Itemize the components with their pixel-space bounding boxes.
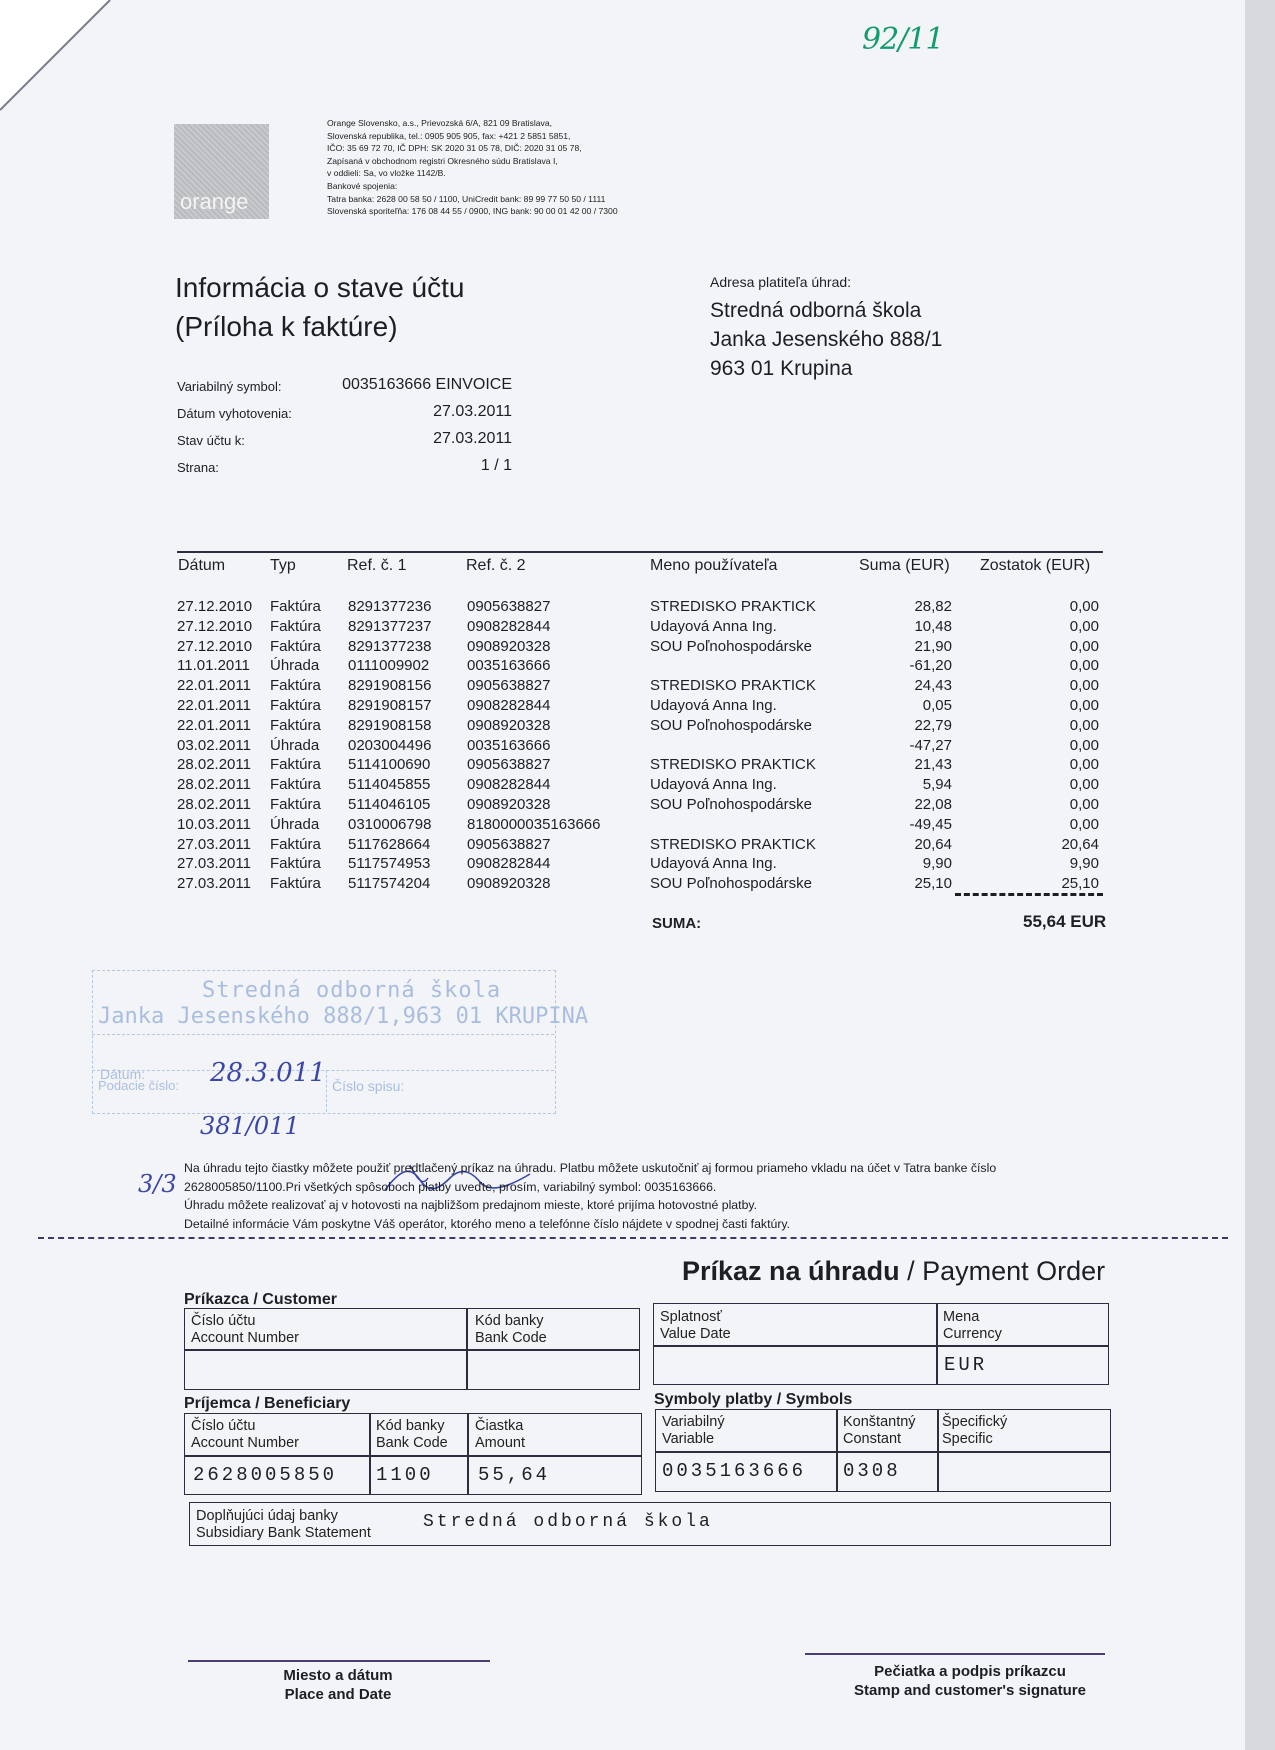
cell-sum: 22,79 bbox=[914, 717, 952, 734]
total-label: SUMA: bbox=[652, 915, 701, 932]
cell-balance: 0,00 bbox=[1070, 657, 1099, 674]
cell-date: 22.01.2011 bbox=[177, 677, 251, 694]
cell-sum: 22,08 bbox=[914, 796, 952, 813]
cell-type: Faktúra bbox=[270, 776, 321, 793]
cell-ref1: 5114046105 bbox=[348, 796, 430, 813]
cell-type: Faktúra bbox=[270, 598, 321, 615]
total-separator bbox=[955, 893, 1103, 896]
cell-type: Faktúra bbox=[270, 697, 321, 714]
col-header-balance: Zostatok (EUR) bbox=[980, 557, 1090, 575]
beneficiary-account-label: Číslo účtuAccount Number bbox=[191, 1418, 299, 1452]
cell-sum: 5,94 bbox=[923, 776, 952, 793]
col-header-name: Meno používateľa bbox=[650, 557, 777, 575]
cell-ref1: 5114100690 bbox=[348, 756, 430, 773]
signature-line bbox=[805, 1653, 1105, 1655]
cell-ref1: 8291908156 bbox=[348, 677, 431, 694]
cell-balance: 0,00 bbox=[1070, 598, 1099, 615]
handwritten-reference: 92/11 bbox=[862, 22, 943, 57]
address-line: 963 01 Krupina bbox=[710, 354, 942, 383]
amount-field[interactable]: 55,64 bbox=[478, 1464, 550, 1486]
subsidiary-statement-box: Doplňujúci údaj bankySubsidiary Bank Sta… bbox=[189, 1502, 1111, 1546]
cell-type: Faktúra bbox=[270, 677, 321, 694]
cell-ref2: 0905638827 bbox=[467, 598, 550, 615]
cell-name: Udayová Anna Ing. bbox=[650, 618, 777, 635]
stamp-school-name: Stredná odborná škola bbox=[202, 978, 501, 1003]
table-row: 28.02.2011Faktúra51140461050908920328SOU… bbox=[177, 796, 1117, 816]
table-row: 10.03.2011Úhrada031000679881800000351636… bbox=[177, 816, 1117, 836]
cell-ref1: 5114045855 bbox=[348, 776, 430, 793]
field-value: 27.03.2011 bbox=[433, 430, 512, 448]
cell-ref2: 0908282844 bbox=[467, 618, 550, 635]
handwritten-reg-number: 381/011 bbox=[200, 1112, 300, 1140]
cell-ref2: 0908920328 bbox=[467, 796, 550, 813]
cell-sum: -47,27 bbox=[909, 737, 952, 754]
company-line: Slovenská republika, tel.: 0905 905 905,… bbox=[327, 130, 637, 143]
notice-line: 2628005850/1100.Pri všetkých spôsoboch p… bbox=[184, 1178, 996, 1197]
cell-type: Úhrada bbox=[270, 737, 319, 754]
symbols-section-label: Symboly platby / Symbols bbox=[654, 1391, 852, 1409]
cell-date: 03.02.2011 bbox=[177, 737, 251, 754]
cell-name: STREDISKO PRAKTICK bbox=[650, 836, 816, 853]
company-line: Bankové spojenia: bbox=[327, 180, 637, 193]
cut-line bbox=[38, 1237, 1228, 1239]
cell-ref2: 0905638827 bbox=[467, 836, 550, 853]
symbols-box: VariabilnýVariable KonštantnýConstant Šp… bbox=[655, 1409, 1111, 1492]
divider bbox=[836, 1410, 838, 1491]
payer-address: Stredná odborná škola Janka Jesenského 8… bbox=[710, 296, 942, 383]
handwritten-date: 28.3.011 bbox=[210, 1058, 326, 1088]
value-date-label: SplatnosťValue Date bbox=[660, 1309, 731, 1343]
cell-date: 27.12.2010 bbox=[177, 638, 252, 655]
col-header-ref1: Ref. č. 1 bbox=[347, 557, 407, 575]
notice-line: Na úhradu tejto čiastky môžete použiť pr… bbox=[184, 1159, 996, 1178]
stamp-divider bbox=[92, 1034, 554, 1035]
title-rest: / Payment Order bbox=[900, 1256, 1106, 1286]
cell-ref2: 0908282844 bbox=[467, 776, 550, 793]
table-row: 27.12.2010Faktúra82913772360905638827STR… bbox=[177, 598, 1117, 618]
cell-ref1: 0111009902 bbox=[348, 657, 429, 674]
divider bbox=[369, 1414, 371, 1494]
cell-sum: 21,43 bbox=[914, 756, 952, 773]
cell-sum: 0,05 bbox=[923, 697, 952, 714]
cell-type: Faktúra bbox=[270, 756, 321, 773]
cell-ref1: 0203004496 bbox=[348, 737, 431, 754]
cell-name: SOU Poľnohospodárske bbox=[650, 638, 812, 655]
table-row: 28.02.2011Faktúra51140458550908282844Uda… bbox=[177, 776, 1117, 796]
cell-name: Udayová Anna Ing. bbox=[650, 697, 777, 714]
notice-line: Úhradu môžete realizovať aj v hotovosti … bbox=[184, 1196, 996, 1215]
cell-sum: 24,43 bbox=[914, 677, 952, 694]
company-line: v oddieli: Sa, vo vložke 1142/B. bbox=[327, 167, 637, 180]
cell-balance: 0,00 bbox=[1070, 697, 1099, 714]
cell-ref2: 0035163666 bbox=[467, 657, 550, 674]
cell-name: Udayová Anna Ing. bbox=[650, 776, 777, 793]
cell-date: 27.03.2011 bbox=[177, 875, 251, 892]
field-label: Dátum vyhotovenia: bbox=[177, 406, 292, 421]
payment-notice: Na úhradu tejto čiastky môžete použiť pr… bbox=[184, 1159, 996, 1233]
cell-balance: 0,00 bbox=[1070, 756, 1099, 773]
title-line-1: Informácia o stave účtu bbox=[175, 268, 464, 307]
variable-symbol-label: VariabilnýVariable bbox=[662, 1414, 725, 1448]
table-row: 27.12.2010Faktúra82913772370908282844Uda… bbox=[177, 618, 1117, 638]
customer-section-label: Príkazca / Customer bbox=[184, 1291, 337, 1309]
notice-line: Detailné informácie Vám poskytne Váš ope… bbox=[184, 1215, 996, 1234]
divider bbox=[185, 1349, 639, 1351]
divider bbox=[185, 1455, 641, 1457]
document-title: Informácia o stave účtu (Príloha k faktú… bbox=[175, 268, 464, 346]
company-info: Orange Slovensko, a.s., Prievozská 6/A, … bbox=[327, 117, 637, 218]
subsidiary-field[interactable]: Stredná odborná škola bbox=[423, 1512, 713, 1532]
subsidiary-label: Doplňujúci údaj bankySubsidiary Bank Sta… bbox=[196, 1508, 371, 1542]
stamp-file-label: Číslo spisu: bbox=[332, 1078, 404, 1094]
customer-account-label: Číslo účtuAccount Number bbox=[191, 1313, 299, 1347]
place-date-line bbox=[188, 1660, 490, 1662]
cell-ref1: 8291377238 bbox=[348, 638, 431, 655]
constant-symbol-field[interactable]: 0308 bbox=[843, 1460, 901, 1482]
stamp-divider bbox=[326, 1070, 327, 1112]
table-row: 27.12.2010Faktúra82913772380908920328SOU… bbox=[177, 638, 1117, 658]
cell-balance: 0,00 bbox=[1070, 796, 1099, 813]
cell-ref2: 8180000035163666 bbox=[467, 816, 600, 833]
company-line: Slovenská sporiteľňa: 176 08 44 55 / 090… bbox=[327, 205, 637, 218]
table-row: 22.01.2011Faktúra82919081560905638827STR… bbox=[177, 677, 1117, 697]
cell-type: Úhrada bbox=[270, 816, 319, 833]
orange-logo: orange bbox=[174, 124, 269, 219]
cell-ref1: 8291377237 bbox=[348, 618, 431, 635]
cell-date: 28.02.2011 bbox=[177, 796, 251, 813]
cell-ref1: 8291908157 bbox=[348, 697, 431, 714]
registry-stamp: Stredná odborná škola Janka Jesenského 8… bbox=[92, 970, 556, 1114]
cell-ref1: 5117628664 bbox=[348, 836, 430, 853]
cell-ref1: 0310006798 bbox=[348, 816, 431, 833]
table-row: 27.03.2011Faktúra51175742040908920328SOU… bbox=[177, 875, 1117, 895]
value-date-box: SplatnosťValue Date MenaCurrency EUR bbox=[653, 1303, 1109, 1385]
cell-type: Faktúra bbox=[270, 618, 321, 635]
cell-balance: 0,00 bbox=[1070, 717, 1099, 734]
beneficiary-bank-label: Kód bankyBank Code bbox=[376, 1418, 448, 1452]
cell-ref2: 0035163666 bbox=[467, 737, 550, 754]
cell-ref1: 8291377236 bbox=[348, 598, 431, 615]
amount-label: ČiastkaAmount bbox=[475, 1418, 525, 1452]
cell-name: SOU Poľnohospodárske bbox=[650, 717, 812, 734]
cell-balance: 0,00 bbox=[1070, 737, 1099, 754]
place-date-label: Miesto a dátumPlace and Date bbox=[238, 1666, 438, 1704]
cell-date: 22.01.2011 bbox=[177, 697, 251, 714]
company-line: Orange Slovensko, a.s., Prievozská 6/A, … bbox=[327, 117, 637, 130]
variable-symbol-field[interactable]: 0035163666 bbox=[662, 1460, 806, 1482]
cell-date: 27.12.2010 bbox=[177, 618, 252, 635]
cell-type: Úhrada bbox=[270, 657, 319, 674]
cell-ref2: 0908920328 bbox=[467, 875, 550, 892]
address-line: Stredná odborná škola bbox=[710, 296, 942, 325]
cell-type: Faktúra bbox=[270, 638, 321, 655]
cell-date: 28.02.2011 bbox=[177, 776, 251, 793]
specific-symbol-label: ŠpecifickýSpecific bbox=[942, 1414, 1007, 1448]
cell-date: 27.03.2011 bbox=[177, 836, 251, 853]
cell-date: 11.01.2011 bbox=[177, 657, 250, 674]
beneficiary-bank-field[interactable]: 1100 bbox=[376, 1464, 434, 1486]
cell-balance: 0,00 bbox=[1070, 618, 1099, 635]
cell-date: 27.12.2010 bbox=[177, 598, 252, 615]
cell-sum: 21,90 bbox=[914, 638, 952, 655]
cell-name: SOU Poľnohospodárske bbox=[650, 875, 812, 892]
cell-name: STREDISKO PRAKTICK bbox=[650, 756, 816, 773]
address-line: Janka Jesenského 888/1 bbox=[710, 325, 942, 354]
cell-ref2: 0905638827 bbox=[467, 756, 550, 773]
signature-label: Pečiatka a podpis príkazcuStamp and cust… bbox=[820, 1662, 1120, 1700]
logo-text: orange bbox=[180, 189, 249, 215]
divider bbox=[936, 1304, 938, 1384]
cell-ref2: 0908282844 bbox=[467, 855, 550, 872]
company-line: IČO: 35 69 72 70, IČ DPH: SK 2020 31 05 … bbox=[327, 142, 637, 155]
cell-ref1: 8291908158 bbox=[348, 717, 431, 734]
cell-balance: 9,90 bbox=[1070, 855, 1099, 872]
divider bbox=[937, 1410, 939, 1491]
field-value: 0035163666 EINVOICE bbox=[342, 376, 512, 394]
payment-order-title: Príkaz na úhradu / Payment Order bbox=[682, 1256, 1105, 1287]
total-value: 55,64 EUR bbox=[1023, 912, 1106, 932]
cell-balance: 0,00 bbox=[1070, 638, 1099, 655]
cell-type: Faktúra bbox=[270, 717, 321, 734]
payer-address-label: Adresa platiteľa úhrad: bbox=[710, 274, 851, 290]
cell-sum: 10,48 bbox=[914, 618, 952, 635]
table-row: 03.02.2011Úhrada02030044960035163666-47,… bbox=[177, 737, 1117, 757]
title-bold: Príkaz na úhradu bbox=[682, 1256, 900, 1286]
cell-sum: 20,64 bbox=[914, 836, 952, 853]
col-header-sum: Suma (EUR) bbox=[859, 557, 950, 575]
field-label: Variabilný symbol: bbox=[177, 379, 282, 394]
handwritten-pages: 3/3 bbox=[138, 1170, 177, 1198]
cell-balance: 20,64 bbox=[1061, 836, 1099, 853]
stamp-school-address: Janka Jesenského 888/1,963 01 KRUPINA bbox=[98, 1004, 588, 1029]
beneficiary-section-label: Príjemca / Beneficiary bbox=[184, 1395, 350, 1413]
cell-type: Faktúra bbox=[270, 875, 321, 892]
field-label: Strana: bbox=[177, 460, 219, 475]
field-value: 1 / 1 bbox=[481, 457, 512, 475]
cell-name: SOU Poľnohospodárske bbox=[650, 796, 812, 813]
table-row: 22.01.2011Faktúra82919081570908282844Uda… bbox=[177, 697, 1117, 717]
cell-type: Faktúra bbox=[270, 855, 321, 872]
cell-date: 27.03.2011 bbox=[177, 855, 251, 872]
field-value: 27.03.2011 bbox=[433, 403, 512, 421]
beneficiary-account-field[interactable]: 2628005850 bbox=[193, 1464, 337, 1486]
cell-ref2: 0908920328 bbox=[467, 638, 550, 655]
cell-type: Faktúra bbox=[270, 796, 321, 813]
divider bbox=[654, 1345, 1108, 1347]
transactions-table-body: 27.12.2010Faktúra82913772360905638827STR… bbox=[177, 598, 1117, 895]
cell-sum: -61,20 bbox=[909, 657, 952, 674]
cell-ref1: 5117574953 bbox=[348, 855, 430, 872]
cell-balance: 0,00 bbox=[1070, 816, 1099, 833]
col-header-type: Typ bbox=[270, 557, 296, 575]
divider bbox=[656, 1451, 1110, 1453]
cell-date: 28.02.2011 bbox=[177, 756, 251, 773]
cell-balance: 0,00 bbox=[1070, 677, 1099, 694]
cell-sum: 9,90 bbox=[923, 855, 952, 872]
currency-field[interactable]: EUR bbox=[944, 1354, 987, 1376]
divider bbox=[467, 1414, 469, 1494]
cell-ref1: 5117574204 bbox=[348, 875, 430, 892]
field-label: Stav účtu k: bbox=[177, 433, 245, 448]
customer-box: Číslo účtuAccount Number Kód bankyBank C… bbox=[184, 1308, 640, 1390]
customer-bank-label: Kód bankyBank Code bbox=[475, 1313, 547, 1347]
cell-date: 22.01.2011 bbox=[177, 717, 251, 734]
divider bbox=[466, 1309, 468, 1389]
cell-sum: 28,82 bbox=[914, 598, 952, 615]
show-through-text bbox=[705, 120, 709, 135]
cell-ref2: 0908282844 bbox=[467, 697, 550, 714]
table-row: 11.01.2011Úhrada01110099020035163666-61,… bbox=[177, 657, 1117, 677]
cell-ref2: 0908920328 bbox=[467, 717, 550, 734]
cell-sum: 25,10 bbox=[914, 875, 952, 892]
table-top-rule bbox=[177, 551, 1103, 553]
cell-type: Faktúra bbox=[270, 836, 321, 853]
table-row: 22.01.2011Faktúra82919081580908920328SOU… bbox=[177, 717, 1117, 737]
cell-sum: -49,45 bbox=[909, 816, 952, 833]
table-row: 28.02.2011Faktúra51141006900905638827STR… bbox=[177, 756, 1117, 776]
cell-date: 10.03.2011 bbox=[177, 816, 251, 833]
title-line-2: (Príloha k faktúre) bbox=[175, 307, 464, 346]
company-line: Tatra banka: 2628 00 58 50 / 1100, UniCr… bbox=[327, 193, 637, 206]
cell-balance: 25,10 bbox=[1061, 875, 1099, 892]
constant-symbol-label: KonštantnýConstant bbox=[843, 1414, 916, 1448]
cell-ref2: 0905638827 bbox=[467, 677, 550, 694]
company-line: Zapísaná v obchodnom registri Okresného … bbox=[327, 155, 637, 168]
cell-name: STREDISKO PRAKTICK bbox=[650, 677, 816, 694]
beneficiary-box: Číslo účtuAccount Number Kód bankyBank C… bbox=[184, 1413, 642, 1495]
col-header-ref2: Ref. č. 2 bbox=[466, 557, 526, 575]
table-row: 27.03.2011Faktúra51176286640905638827STR… bbox=[177, 836, 1117, 856]
stamp-reg-label: Podacie číslo: bbox=[98, 1078, 179, 1093]
cell-name: Udayová Anna Ing. bbox=[650, 855, 777, 872]
cell-name: STREDISKO PRAKTICK bbox=[650, 598, 816, 615]
col-header-date: Dátum bbox=[178, 557, 225, 575]
currency-label: MenaCurrency bbox=[943, 1309, 1002, 1343]
document-page: 92/11 orange Orange Slovensko, a.s., Pri… bbox=[0, 0, 1245, 1750]
cell-balance: 0,00 bbox=[1070, 776, 1099, 793]
table-row: 27.03.2011Faktúra51175749530908282844Uda… bbox=[177, 855, 1117, 875]
